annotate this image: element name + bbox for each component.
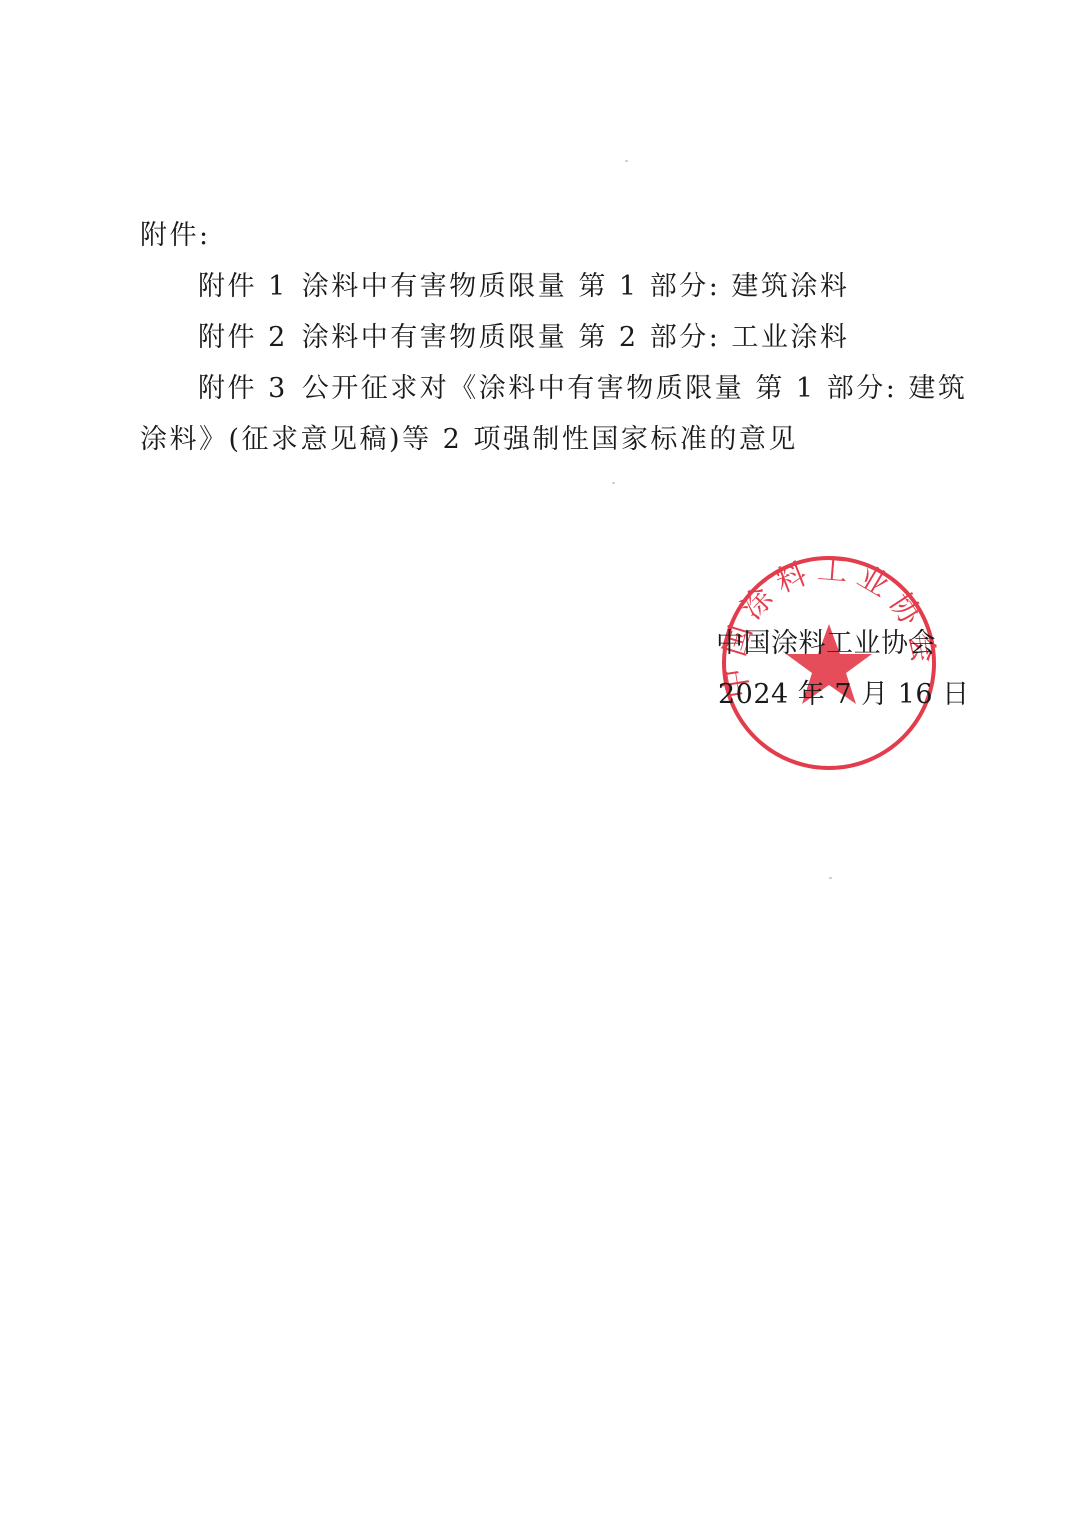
attachment-title-line-1: 公开征求对《涂料中有害物质限量 第 1 部分: 建筑 (302, 373, 968, 404)
attachment-title: 涂料中有害物质限量 第 2 部分: 工业涂料 (302, 322, 850, 353)
attachment-label: 附件 2 (198, 322, 288, 353)
attachment-title: 涂料中有害物质限量 第 1 部分: 建筑涂料 (302, 271, 850, 302)
attachment-item-2: 附件 2涂料中有害物质限量 第 2 部分: 工业涂料 (198, 320, 849, 356)
attachment-label: 附件 3 (198, 373, 288, 404)
document-page: 中国涂料工业协会 附件: 附件 1涂料中有害物质限量 第 1 部分: 建筑涂料 … (0, 0, 1080, 1527)
attachment-title-line-2: 涂料》(征求意见稿)等 2 项强制性国家标准的意见 (140, 424, 798, 455)
document-body: 附件: 附件 1涂料中有害物质限量 第 1 部分: 建筑涂料 附件 2涂料中有害… (0, 0, 1080, 1527)
signature-organization: 中国涂料工业协会 (716, 626, 936, 662)
signature-date: 2024 年 7 月 16 日 (718, 677, 970, 713)
attachment-item-1: 附件 1涂料中有害物质限量 第 1 部分: 建筑涂料 (198, 269, 849, 305)
attachments-heading: 附件: (140, 218, 211, 254)
attachment-item-3-continued: 涂料》(征求意见稿)等 2 项强制性国家标准的意见 (140, 422, 798, 458)
attachment-label: 附件 1 (198, 271, 288, 302)
attachment-item-3: 附件 3公开征求对《涂料中有害物质限量 第 1 部分: 建筑 (198, 371, 967, 407)
